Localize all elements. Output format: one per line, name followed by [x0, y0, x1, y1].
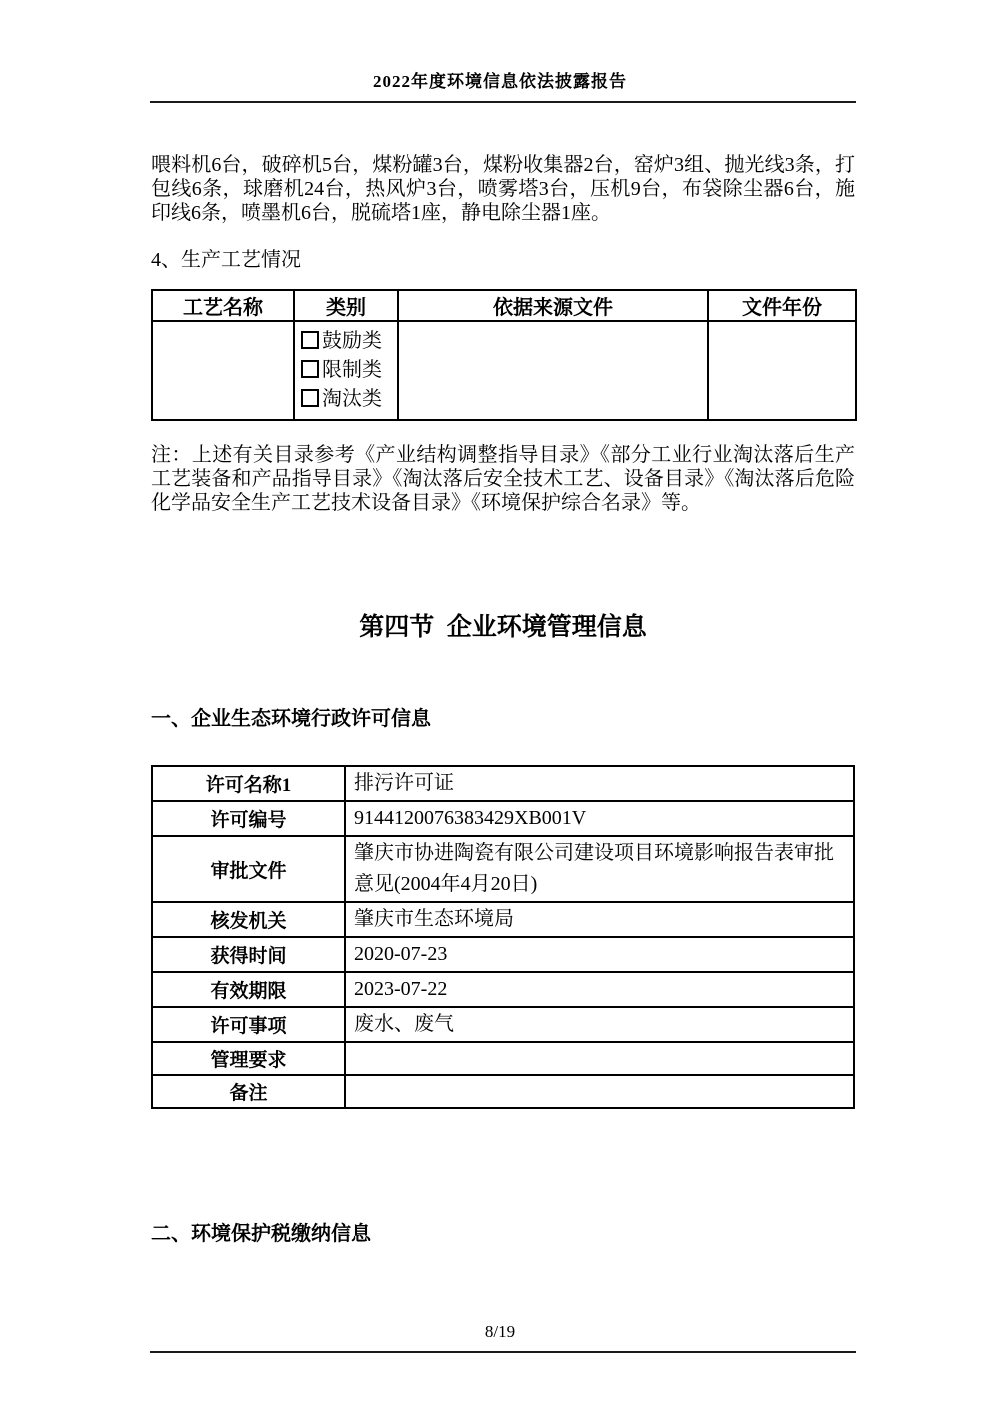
field-value: 肇庆市协进陶瓷有限公司建设项目环境影响报告表审批意见(2004年4月20日) [345, 836, 854, 902]
table-row: 审批文件 肇庆市协进陶瓷有限公司建设项目环境影响报告表审批意见(2004年4月2… [152, 836, 854, 902]
process-section-heading: 4、生产工艺情况 [151, 248, 855, 272]
table-row: 有效期限 2023-07-22 [152, 972, 854, 1007]
column-header-process-name: 工艺名称 [152, 290, 294, 321]
field-label: 备注 [152, 1075, 345, 1108]
table-row: 管理要求 [152, 1042, 854, 1075]
category-option-encouraged: 鼓励类 [301, 327, 397, 356]
column-header-source-document: 依据来源文件 [398, 290, 708, 321]
category-option-label: 限制类 [322, 359, 382, 381]
process-name-cell [152, 321, 294, 420]
field-label: 许可事项 [152, 1007, 345, 1042]
checkbox-icon [301, 331, 319, 349]
table-row: 鼓励类 限制类 淘汰类 [152, 321, 856, 420]
category-option-label: 淘汰类 [322, 388, 382, 410]
field-label: 有效期限 [152, 972, 345, 1007]
permit-table: 许可名称1 排污许可证 许可编号 9144120076383429XB001V … [151, 765, 855, 1109]
table-row: 许可名称1 排污许可证 [152, 766, 854, 801]
source-document-cell [398, 321, 708, 420]
column-header-document-year: 文件年份 [708, 290, 856, 321]
table-row: 许可编号 9144120076383429XB001V [152, 801, 854, 836]
table-row: 获得时间 2020-07-23 [152, 937, 854, 972]
field-value [345, 1075, 854, 1108]
field-value: 2020-07-23 [345, 937, 854, 972]
page-content: 喂料机6台，破碎机5台，煤粉罐3台，煤粉收集器2台，窑炉3组、抛光线3条，打包线… [151, 153, 855, 1247]
field-value: 9144120076383429XB001V [345, 801, 854, 836]
process-table: 工艺名称 类别 依据来源文件 文件年份 鼓励类 限制类 [151, 289, 857, 421]
page-header-title: 2022年度环境信息依法披露报告 [0, 0, 1000, 92]
field-label: 许可编号 [152, 801, 345, 836]
table-row: 核发机关 肇庆市生态环境局 [152, 902, 854, 937]
table-row: 许可事项 废水、废气 [152, 1007, 854, 1042]
checkbox-icon [301, 360, 319, 378]
field-label: 获得时间 [152, 937, 345, 972]
equipment-paragraph: 喂料机6台，破碎机5台，煤粉罐3台，煤粉收集器2台，窑炉3组、抛光线3条，打包线… [151, 153, 855, 225]
field-label: 核发机关 [152, 902, 345, 937]
category-cell: 鼓励类 限制类 淘汰类 [294, 321, 398, 420]
category-option-label: 鼓励类 [322, 330, 382, 352]
note-paragraph: 注：上述有关目录参考《产业结构调整指导目录》《部分工业行业淘汰落后生产工艺装备和… [151, 443, 855, 515]
page-number: 8/19 [0, 1322, 1000, 1342]
process-table-header-row: 工艺名称 类别 依据来源文件 文件年份 [152, 290, 856, 321]
field-label: 审批文件 [152, 836, 345, 902]
field-label: 许可名称1 [152, 766, 345, 801]
field-label: 管理要求 [152, 1042, 345, 1075]
checkbox-icon [301, 389, 319, 407]
header-divider [150, 101, 856, 103]
table-row: 备注 [152, 1075, 854, 1108]
subsection-permit-heading: 一、企业生态环境行政许可信息 [151, 706, 855, 732]
document-page: 2022年度环境信息依法披露报告 喂料机6台，破碎机5台，煤粉罐3台，煤粉收集器… [0, 0, 1000, 1414]
column-header-category: 类别 [294, 290, 398, 321]
field-value: 排污许可证 [345, 766, 854, 801]
subsection-tax-heading: 二、环境保护税缴纳信息 [151, 1221, 855, 1247]
field-value [345, 1042, 854, 1075]
document-year-cell [708, 321, 856, 420]
field-value: 2023-07-22 [345, 972, 854, 1007]
category-option-restricted: 限制类 [301, 356, 397, 385]
chapter-title: 第四节 企业环境管理信息 [151, 612, 855, 644]
footer-divider [150, 1351, 856, 1353]
field-value: 肇庆市生态环境局 [345, 902, 854, 937]
category-option-eliminated: 淘汰类 [301, 385, 397, 414]
field-value: 废水、废气 [345, 1007, 854, 1042]
